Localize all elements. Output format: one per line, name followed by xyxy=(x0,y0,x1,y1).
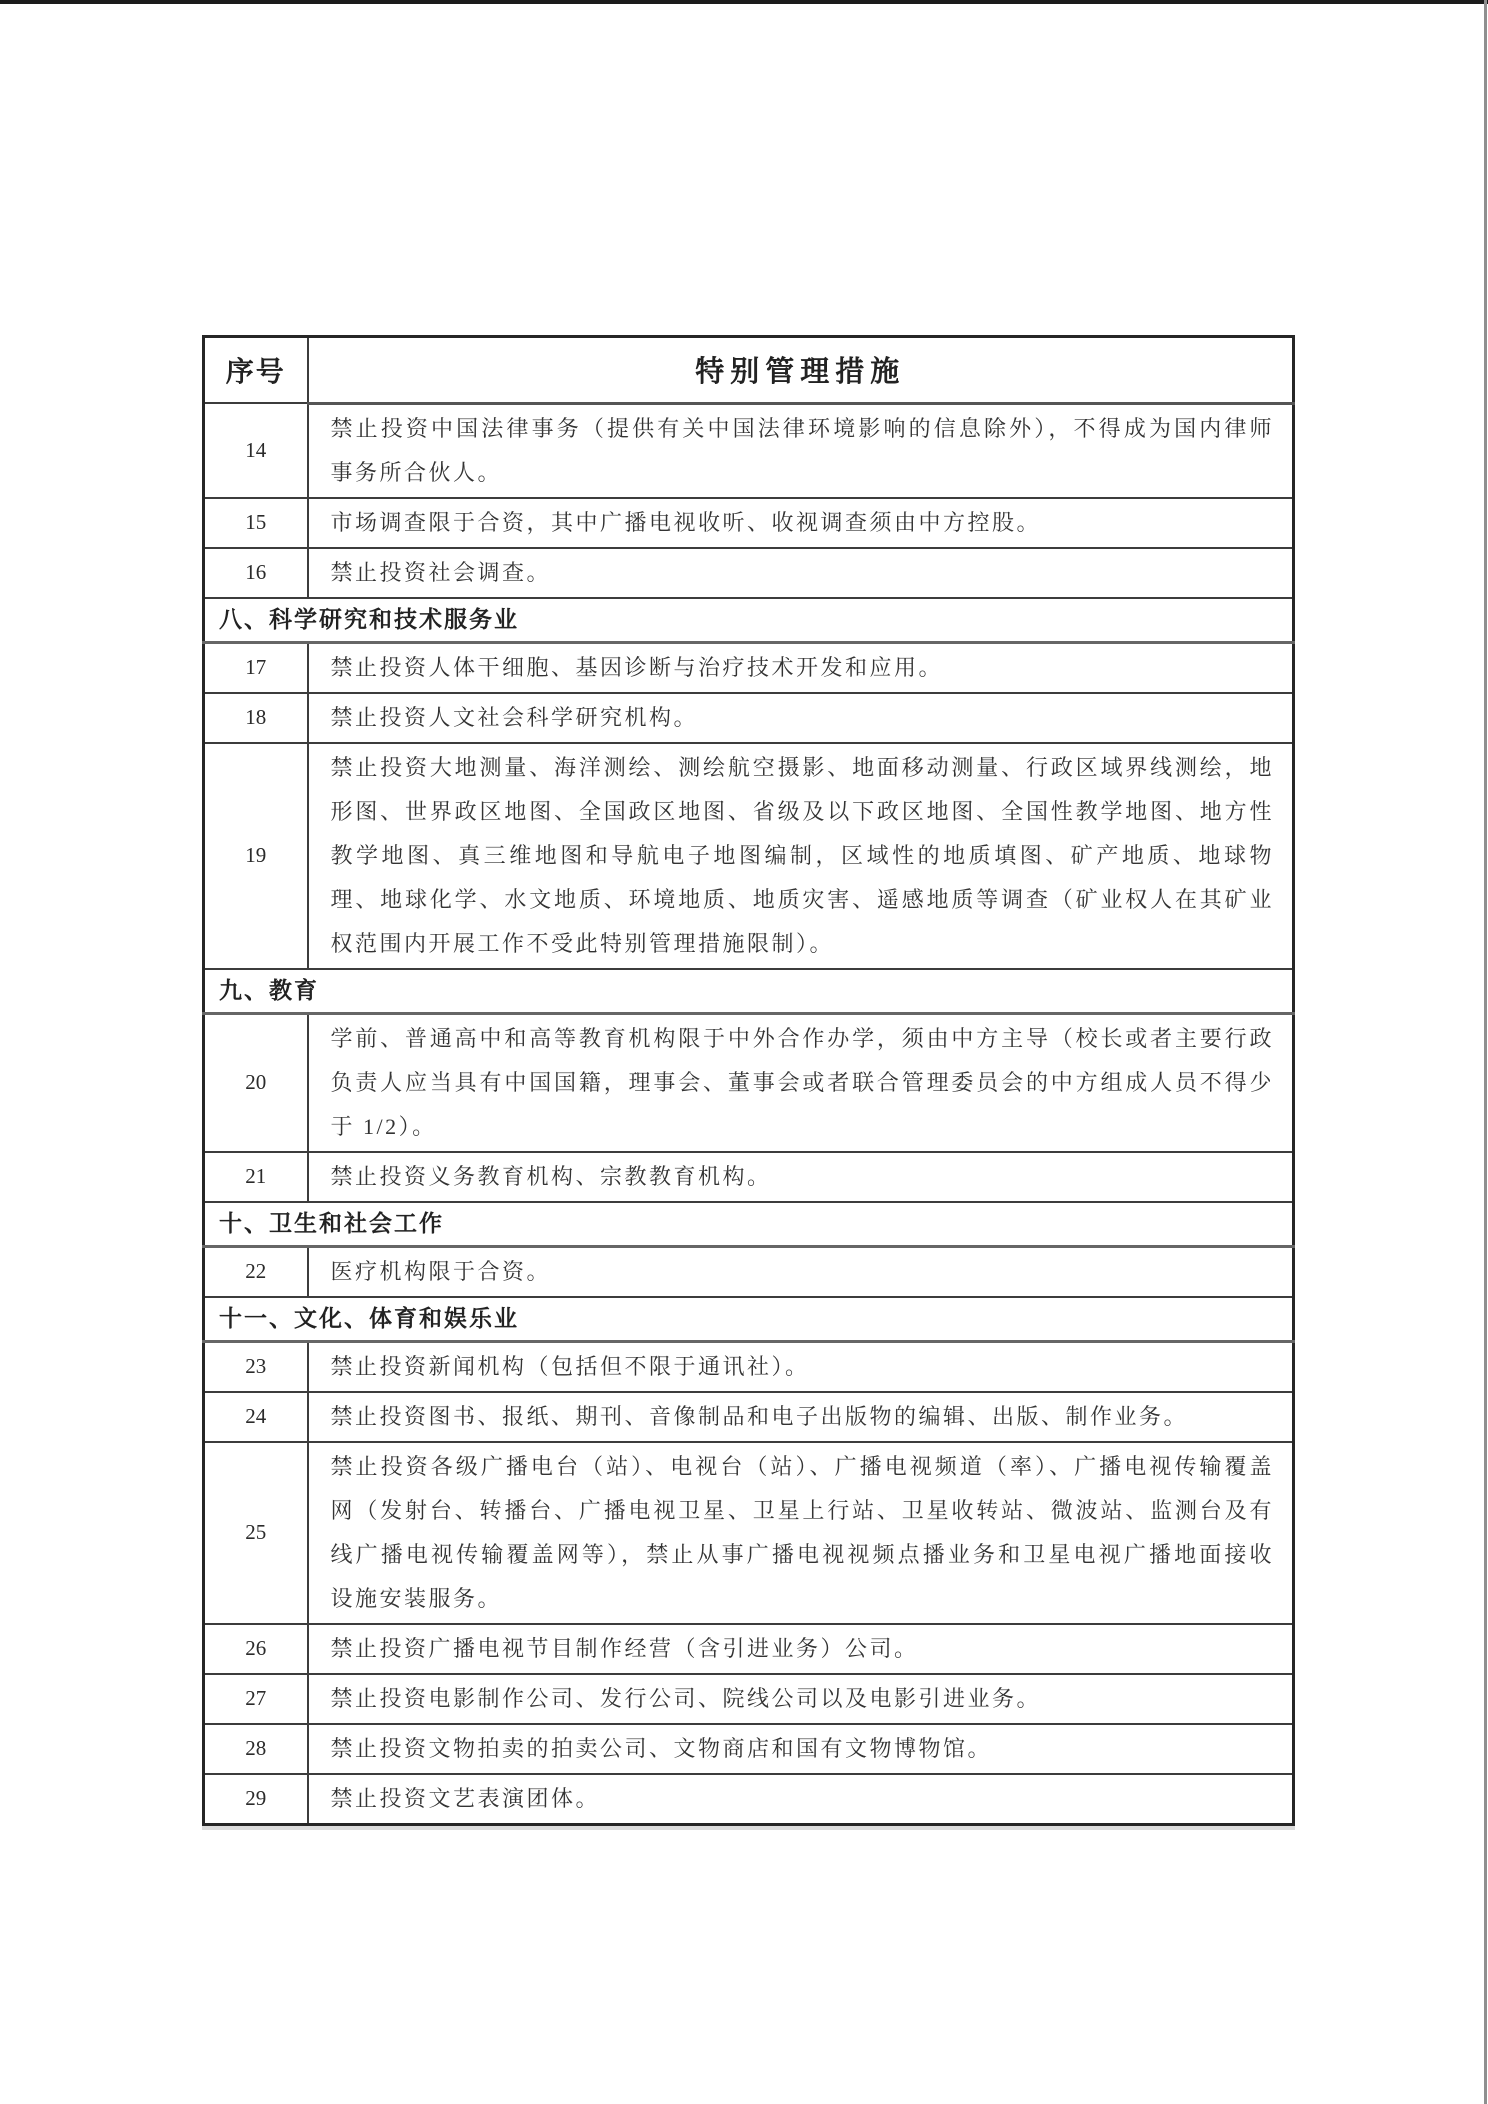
row-number: 27 xyxy=(204,1674,308,1724)
measure-text: 禁止投资文物拍卖的拍卖公司、文物商店和国有文物博物馆。 xyxy=(308,1724,1294,1774)
header-index-column: 序号 xyxy=(204,337,308,404)
row-number: 16 xyxy=(204,548,308,598)
section-row: 十、卫生和社会工作 xyxy=(204,1202,1294,1247)
row-number: 24 xyxy=(204,1392,308,1442)
table-row: 14禁止投资中国法律事务（提供有关中国法律环境影响的信息除外），不得成为国内律师… xyxy=(204,403,1294,498)
section-row: 十一、文化、体育和娱乐业 xyxy=(204,1297,1294,1342)
table-body: 14禁止投资中国法律事务（提供有关中国法律环境影响的信息除外），不得成为国内律师… xyxy=(204,403,1294,1824)
row-number: 20 xyxy=(204,1013,308,1152)
table-row: 22医疗机构限于合资。 xyxy=(204,1246,1294,1297)
row-number: 17 xyxy=(204,642,308,693)
section-title: 九、教育 xyxy=(204,969,1294,1014)
row-number: 28 xyxy=(204,1724,308,1774)
table-row: 26禁止投资广播电视节目制作经营（含引进业务）公司。 xyxy=(204,1624,1294,1674)
section-title: 十一、文化、体育和娱乐业 xyxy=(204,1297,1294,1342)
table-row: 28禁止投资文物拍卖的拍卖公司、文物商店和国有文物博物馆。 xyxy=(204,1724,1294,1774)
row-number: 14 xyxy=(204,403,308,498)
table-row: 24禁止投资图书、报纸、期刊、音像制品和电子出版物的编辑、出版、制作业务。 xyxy=(204,1392,1294,1442)
table-row: 15市场调查限于合资，其中广播电视收听、收视调查须由中方控股。 xyxy=(204,498,1294,548)
measure-text: 学前、普通高中和高等教育机构限于中外合作办学，须由中方主导（校长或者主要行政负责… xyxy=(308,1013,1294,1152)
measure-text: 禁止投资人体干细胞、基因诊断与治疗技术开发和应用。 xyxy=(308,642,1294,693)
table-row: 18禁止投资人文社会科学研究机构。 xyxy=(204,693,1294,743)
row-number: 29 xyxy=(204,1774,308,1825)
table-row: 17禁止投资人体干细胞、基因诊断与治疗技术开发和应用。 xyxy=(204,642,1294,693)
measure-text: 禁止投资大地测量、海洋测绘、测绘航空摄影、地面移动测量、行政区域界线测绘，地形图… xyxy=(308,743,1294,969)
table-row: 21禁止投资义务教育机构、宗教教育机构。 xyxy=(204,1152,1294,1202)
table-row: 23禁止投资新闻机构（包括但不限于通讯社）。 xyxy=(204,1341,1294,1392)
measure-text: 禁止投资电影制作公司、发行公司、院线公司以及电影引进业务。 xyxy=(308,1674,1294,1724)
row-number: 15 xyxy=(204,498,308,548)
table-row: 29禁止投资文艺表演团体。 xyxy=(204,1774,1294,1825)
row-number: 26 xyxy=(204,1624,308,1674)
table-row: 20学前、普通高中和高等教育机构限于中外合作办学，须由中方主导（校长或者主要行政… xyxy=(204,1013,1294,1152)
measure-text: 禁止投资文艺表演团体。 xyxy=(308,1774,1294,1825)
row-number: 21 xyxy=(204,1152,308,1202)
header-measures-column: 特别管理措施 xyxy=(308,337,1294,404)
header-row: 序号 特别管理措施 xyxy=(204,337,1294,404)
measure-text: 禁止投资人文社会科学研究机构。 xyxy=(308,693,1294,743)
row-number: 23 xyxy=(204,1341,308,1392)
measure-text: 禁止投资各级广播电台（站）、电视台（站）、广播电视频道（率）、广播电视传输覆盖网… xyxy=(308,1442,1294,1624)
measure-text: 市场调查限于合资，其中广播电视收听、收视调查须由中方控股。 xyxy=(308,498,1294,548)
table-row: 27禁止投资电影制作公司、发行公司、院线公司以及电影引进业务。 xyxy=(204,1674,1294,1724)
measure-text: 禁止投资新闻机构（包括但不限于通讯社）。 xyxy=(308,1341,1294,1392)
measure-text: 禁止投资社会调查。 xyxy=(308,548,1294,598)
row-number: 19 xyxy=(204,743,308,969)
section-row: 九、教育 xyxy=(204,969,1294,1014)
measure-text: 禁止投资中国法律事务（提供有关中国法律环境影响的信息除外），不得成为国内律师事务… xyxy=(308,403,1294,498)
right-edge-line xyxy=(1484,0,1487,2104)
table-row: 16禁止投资社会调查。 xyxy=(204,548,1294,598)
top-edge-line xyxy=(0,0,1488,4)
measure-text: 医疗机构限于合资。 xyxy=(308,1246,1294,1297)
section-row: 八、科学研究和技术服务业 xyxy=(204,598,1294,643)
section-title: 八、科学研究和技术服务业 xyxy=(204,598,1294,643)
table-row: 25禁止投资各级广播电台（站）、电视台（站）、广播电视频道（率）、广播电视传输覆… xyxy=(204,1442,1294,1624)
table-row: 19禁止投资大地测量、海洋测绘、测绘航空摄影、地面移动测量、行政区域界线测绘，地… xyxy=(204,743,1294,969)
measure-text: 禁止投资广播电视节目制作经营（含引进业务）公司。 xyxy=(308,1624,1294,1674)
section-title: 十、卫生和社会工作 xyxy=(204,1202,1294,1247)
measure-text: 禁止投资图书、报纸、期刊、音像制品和电子出版物的编辑、出版、制作业务。 xyxy=(308,1392,1294,1442)
row-number: 18 xyxy=(204,693,308,743)
measure-text: 禁止投资义务教育机构、宗教教育机构。 xyxy=(308,1152,1294,1202)
document-page: 序号 特别管理措施 14禁止投资中国法律事务（提供有关中国法律环境影响的信息除外… xyxy=(0,0,1488,2104)
row-number: 25 xyxy=(204,1442,308,1624)
row-number: 22 xyxy=(204,1246,308,1297)
measures-table: 序号 特别管理措施 14禁止投资中国法律事务（提供有关中国法律环境影响的信息除外… xyxy=(202,335,1295,1826)
